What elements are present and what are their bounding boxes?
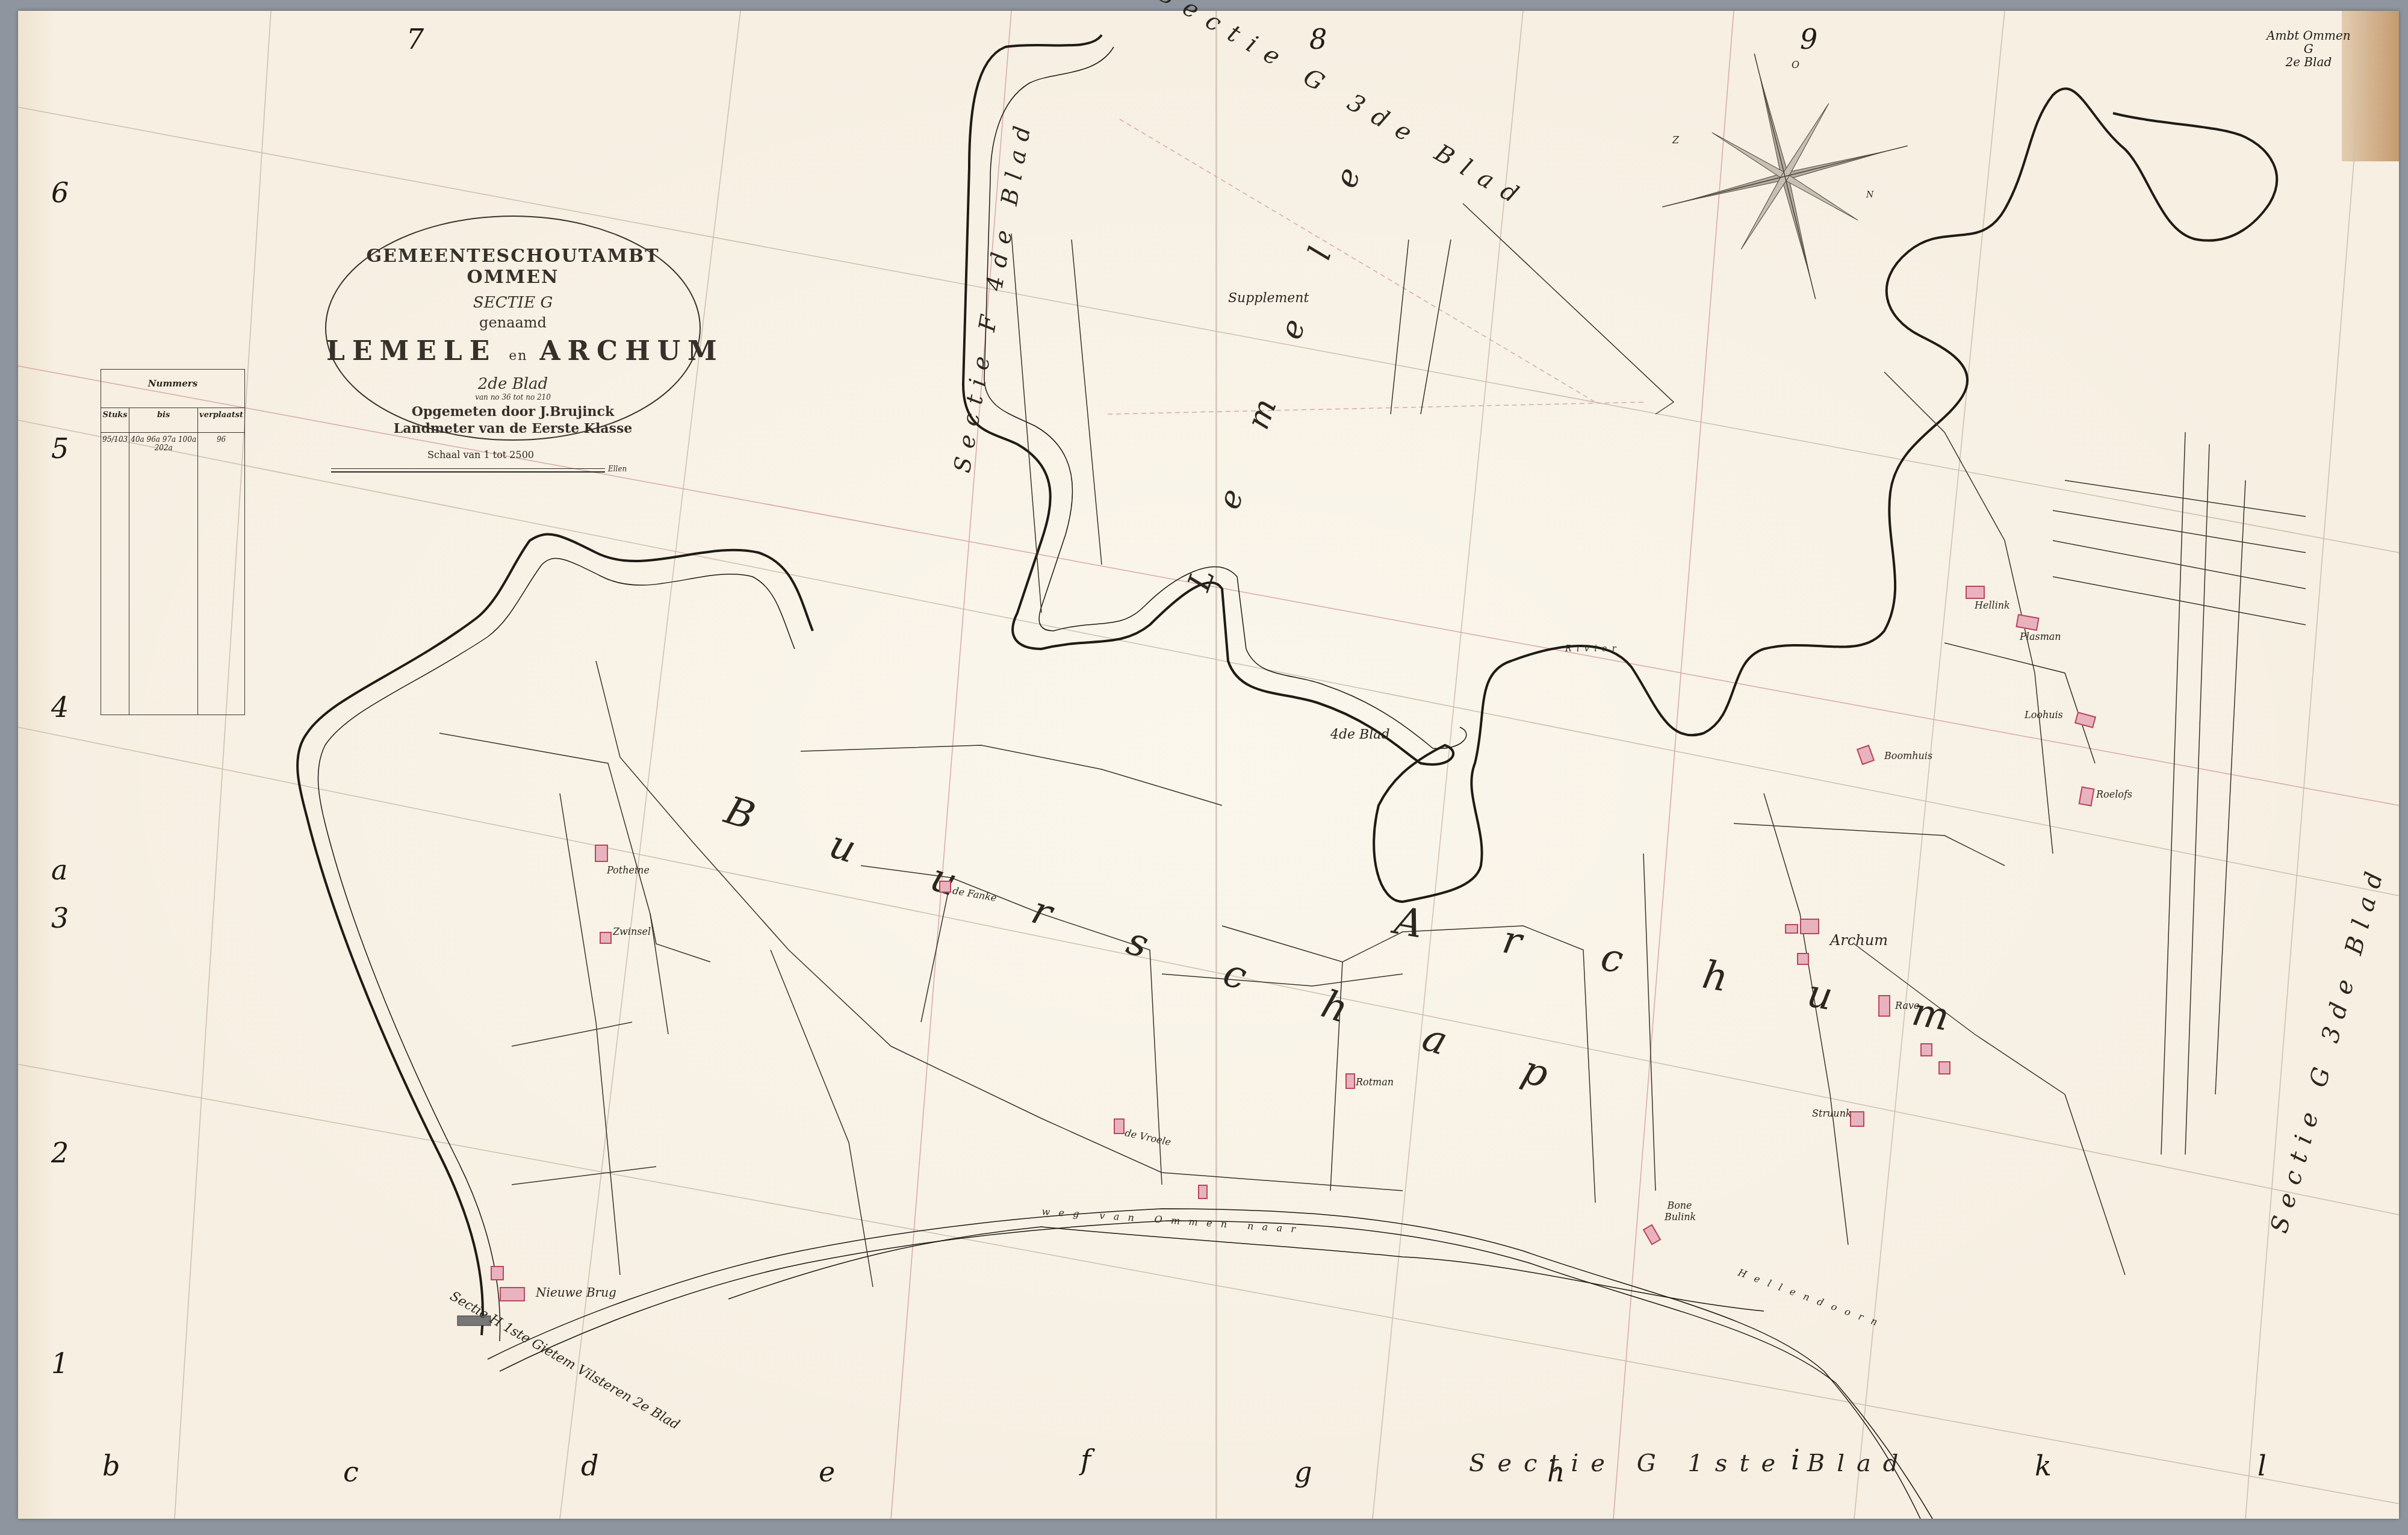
- numbers-table-title: Nummers: [101, 370, 245, 408]
- building: [491, 1266, 504, 1280]
- red-grid-lines: [18, 11, 2399, 1519]
- place-label: Boomhuis: [1884, 750, 1932, 761]
- place-label: Rave: [1895, 1000, 1919, 1011]
- building: [1850, 1111, 1864, 1127]
- surveyor: Opgemeten door J.Brujinck: [326, 404, 700, 420]
- place-label: Rotman: [1356, 1076, 1394, 1088]
- building: [1785, 924, 1798, 934]
- table-row: 95/103 40a 96a 97a 100a 202a 96: [101, 433, 245, 715]
- place-label: Loohuis: [2025, 709, 2063, 721]
- sheet-range: van no 36 tot no 210: [326, 393, 700, 402]
- cell-stuks: 95/103: [101, 433, 129, 715]
- place-label: Archum: [1830, 932, 1888, 949]
- compass-south: N: [1866, 190, 1873, 200]
- title-cartouche: GEMEENTESCHOUTAMBT OMMEN SECTIE G genaam…: [325, 216, 701, 441]
- sheet-number: 2de Blad: [326, 375, 700, 393]
- grid-label-bottom: g: [1294, 1456, 1312, 1488]
- places-title: LEMELEenARCHUM: [326, 336, 700, 367]
- grid-label-bottom: c: [343, 1456, 359, 1488]
- corner-note-line2: G: [2267, 42, 2351, 55]
- place-lemele: LEMELE: [326, 336, 497, 367]
- cell-verplaatst: 96: [198, 433, 245, 715]
- building: [1797, 953, 1809, 965]
- section-title: SECTIE G: [326, 294, 700, 312]
- cell-bis: 40a 96a 97a 100a 202a: [129, 433, 198, 715]
- grid-label-left: 4: [51, 691, 69, 724]
- corner-note: Ambt Ommen G 2e Blad: [2267, 29, 2351, 69]
- corner-note-line1: Ambt Ommen: [2267, 29, 2351, 42]
- place-archum: ARCHUM: [539, 336, 724, 367]
- grid-label-left: b: [102, 1450, 120, 1482]
- building: [939, 881, 951, 893]
- building: [1966, 586, 1985, 599]
- grid-label-left: 2: [51, 1137, 69, 1169]
- grid-label-bottom: l: [2257, 1450, 2267, 1482]
- place-label: Hellink: [1975, 600, 2010, 611]
- building: [1114, 1118, 1125, 1134]
- scale-unit: Ellen: [608, 465, 627, 473]
- place-label: Struunk: [1812, 1108, 1852, 1119]
- map-sheet: GEMEENTESCHOUTAMBT OMMEN SECTIE G genaam…: [18, 11, 2399, 1519]
- building: [595, 845, 608, 862]
- surveyor-title: Landmeter van de Eerste Klasse: [326, 421, 700, 436]
- conjunction: en: [509, 349, 527, 364]
- building: [500, 1287, 525, 1301]
- grid-label-left: 5: [51, 432, 69, 465]
- building: [1345, 1073, 1355, 1089]
- grid-label-top: 7: [406, 23, 424, 55]
- grid-label-left: a: [51, 854, 67, 886]
- place-label: Zwinsel: [613, 926, 651, 937]
- numbers-table: Nummers Stuks bis verplaatst 95/103 40a …: [101, 369, 245, 715]
- place-label: Plasman: [2020, 631, 2061, 642]
- place-label: Nieuwe Brug: [536, 1285, 616, 1300]
- grid-label-top: 9: [1800, 23, 1817, 55]
- river-label: Rivier: [1565, 644, 1621, 654]
- named-label: genaamd: [326, 314, 700, 331]
- sheet-ref-4: 4de Blad: [1330, 727, 1390, 742]
- compass-east: O: [1792, 59, 1799, 70]
- building: [1878, 995, 1890, 1017]
- grid-label-left: 1: [51, 1347, 69, 1380]
- building: [1920, 1043, 1932, 1056]
- grid-label-bottom: e: [819, 1456, 835, 1488]
- corner-note-line3: 2e Blad: [2267, 55, 2351, 69]
- building: [1800, 919, 1819, 934]
- col-stuks: Stuks: [101, 408, 129, 432]
- section-label-bottom: Sectie G 1ste Blad: [1469, 1450, 1910, 1477]
- grid-label-top: 8: [1309, 23, 1327, 55]
- grid-label-bottom: k: [2035, 1450, 2052, 1482]
- place-label: Potheine: [607, 864, 650, 876]
- grid-label-left: 3: [51, 902, 69, 934]
- place-label: Roelofs: [2096, 789, 2132, 800]
- grid-lines: [18, 11, 2399, 1519]
- grid-label-left: 6: [51, 176, 69, 209]
- compass-north: Z: [1672, 134, 1679, 146]
- map-linework: [18, 11, 2399, 1519]
- grid-label-bottom: d: [581, 1450, 598, 1482]
- scale-title: Schaal van 1 tot 2500: [427, 449, 534, 460]
- municipality-title: GEMEENTESCHOUTAMBT OMMEN: [326, 246, 700, 288]
- col-bis: bis: [129, 408, 198, 432]
- compass-rose: [1631, 23, 1938, 329]
- place-label: Bone Bulink: [1665, 1200, 1695, 1223]
- grid-label-bottom: f: [1081, 1444, 1091, 1476]
- building: [1198, 1185, 1208, 1199]
- building: [1938, 1061, 1950, 1074]
- building: [600, 932, 612, 944]
- col-verplaatst: verplaatst: [198, 408, 245, 432]
- supplement-label: Supplement: [1228, 291, 1309, 306]
- scale-bar: [331, 468, 605, 473]
